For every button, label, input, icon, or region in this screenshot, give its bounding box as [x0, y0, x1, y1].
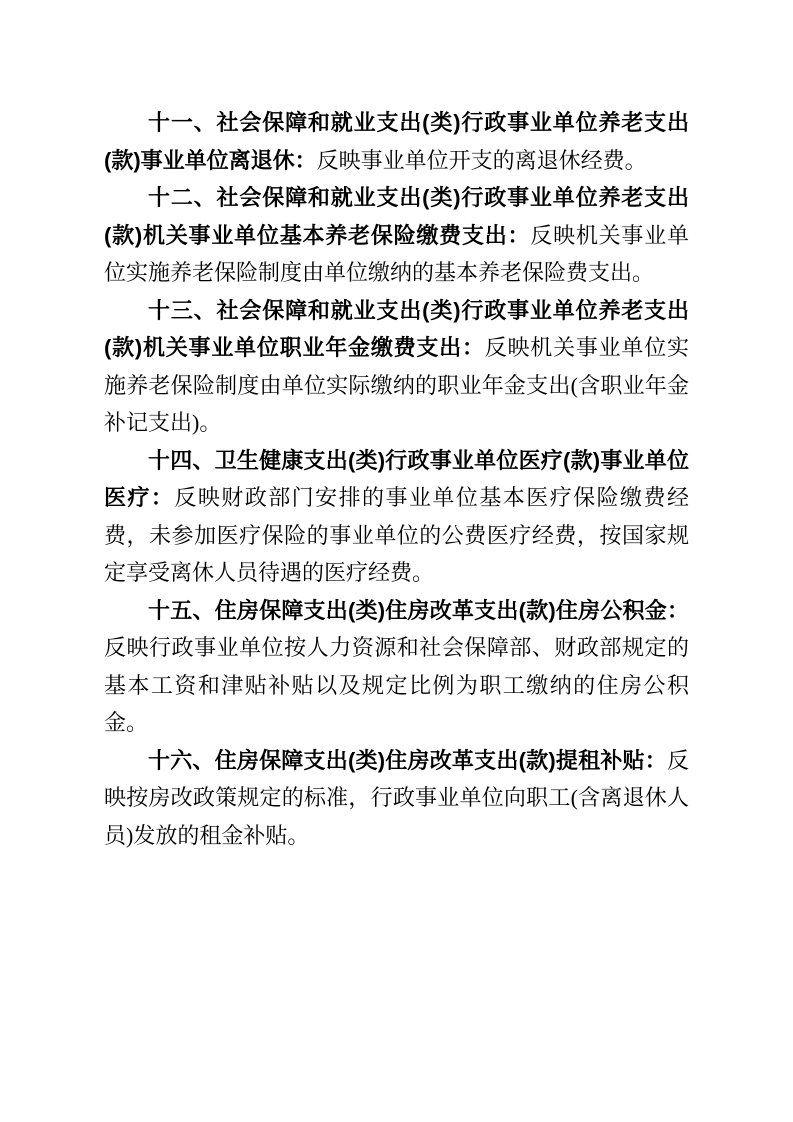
document-body: 十一、社会保障和就业支出(类)行政事业单位养老支出(款)事业单位离退休：反映事业… — [104, 104, 689, 854]
item-15-description: 反映行政事业单位按人力资源和社会保障部、财政部规定的基本工资和津贴补贴以及规定比… — [104, 635, 689, 735]
paragraph-item-13: 十三、社会保障和就业支出(类)行政事业单位养老支出(款)机关事业单位职业年金缴费… — [104, 292, 689, 442]
paragraph-item-11: 十一、社会保障和就业支出(类)行政事业单位养老支出(款)事业单位离退休：反映事业… — [104, 104, 689, 179]
paragraph-item-14: 十四、卫生健康支出(类)行政事业单位医疗(款)事业单位医疗：反映财政部门安排的事… — [104, 442, 689, 592]
item-16-heading: 十六、住房保障支出(类)住房改革支出(款)提租补贴： — [148, 748, 667, 773]
item-15-heading: 十五、住房保障支出(类)住房改革支出(款)住房公积金： — [148, 598, 689, 623]
paragraph-item-15: 十五、住房保障支出(类)住房改革支出(款)住房公积金：反映行政事业单位按人力资源… — [104, 592, 689, 742]
document-page: 十一、社会保障和就业支出(类)行政事业单位养老支出(款)事业单位离退休：反映事业… — [0, 0, 793, 1122]
item-11-description: 反映事业单位开支的离退休经费。 — [317, 148, 647, 173]
paragraph-item-16: 十六、住房保障支出(类)住房改革支出(款)提租补贴：反映按房改政策规定的标准，行… — [104, 742, 689, 855]
item-14-description: 反映财政部门安排的事业单位基本医疗保险缴费经费，未参加医疗保险的事业单位的公费医… — [104, 485, 689, 585]
paragraph-item-12: 十二、社会保障和就业支出(类)行政事业单位养老支出(款)机关事业单位基本养老保险… — [104, 179, 689, 292]
